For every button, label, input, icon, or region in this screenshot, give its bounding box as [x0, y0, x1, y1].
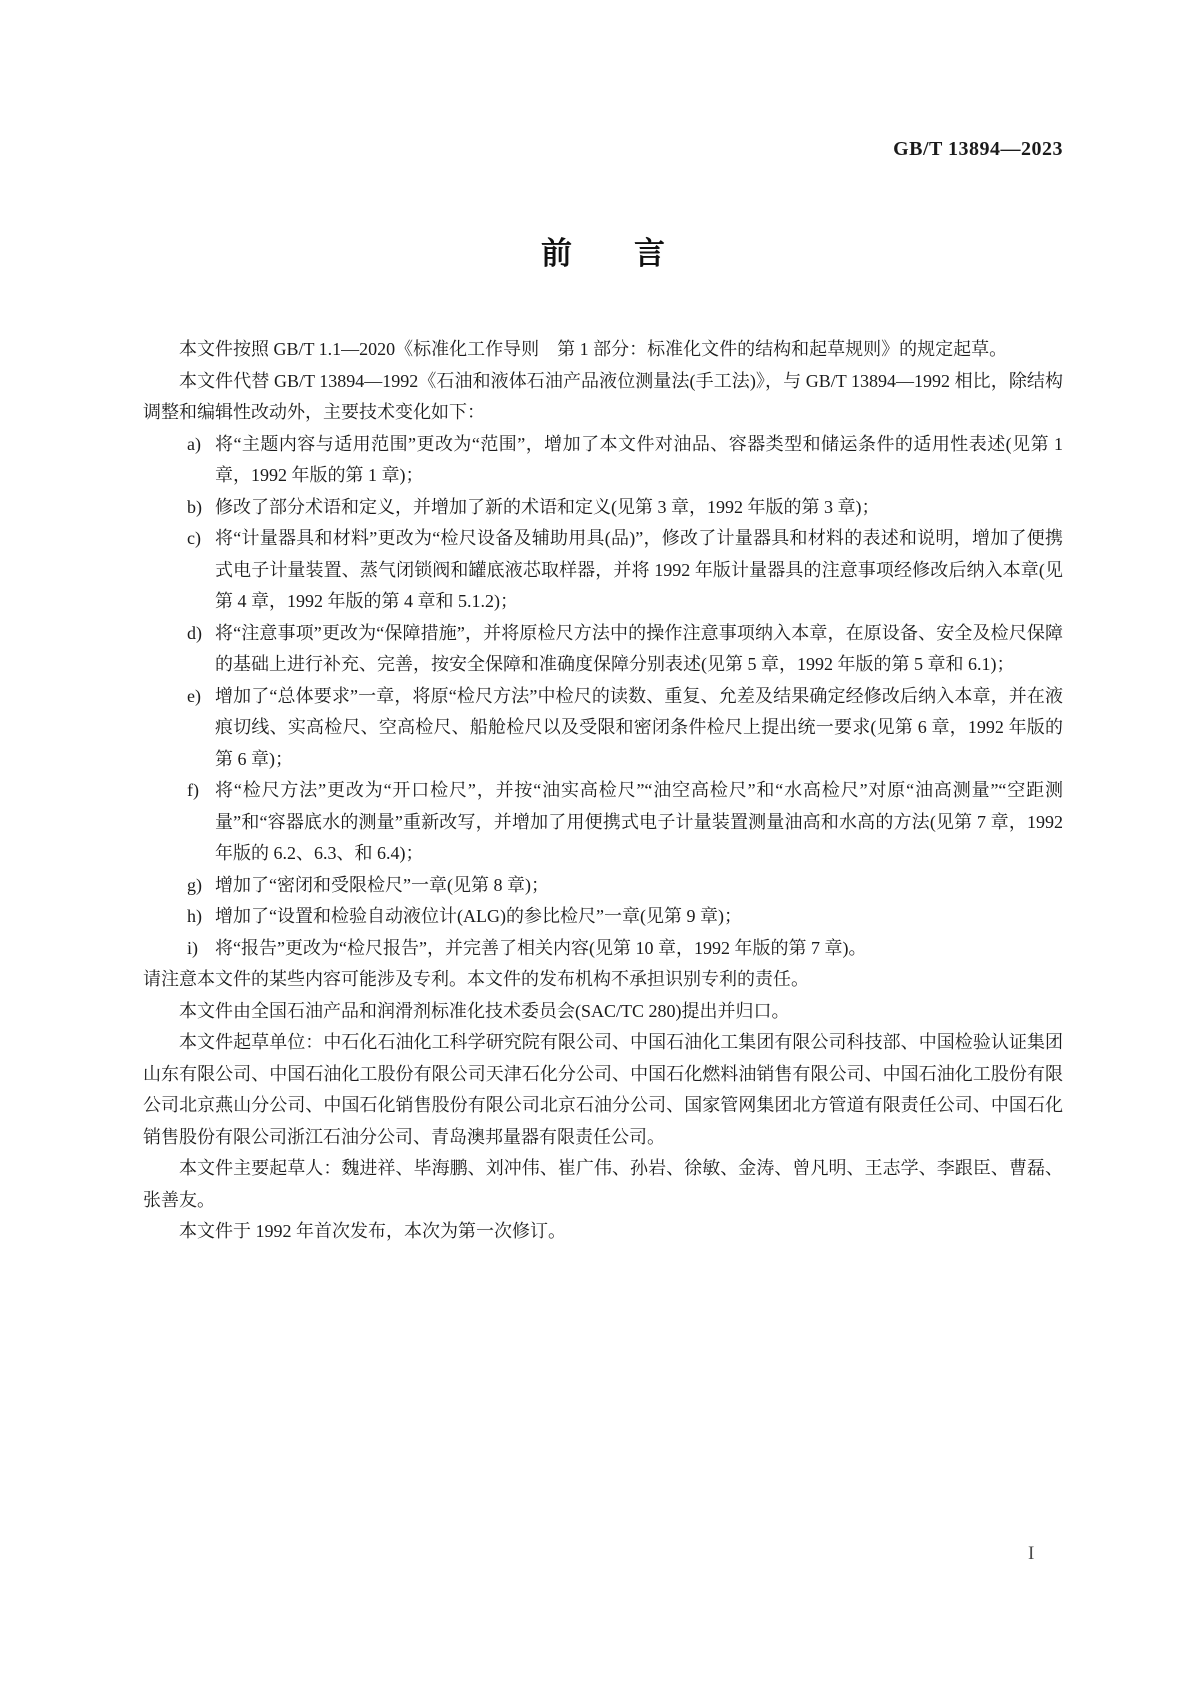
list-item-text: 将“检尺方法”更改为“开口检尺”，并按“油实高检尺”“油空高检尺”和“水高检尺”…	[215, 775, 1063, 870]
foreword-paragraph-patent-notice: 请注意本文件的某些内容可能涉及专利。本文件的发布机构不承担识别专利的责任。	[143, 964, 1063, 996]
list-item-label: a)	[187, 429, 201, 461]
list-item-text: 将“主题内容与适用范围”更改为“范围”，增加了本文件对油品、容器类型和储运条件的…	[215, 429, 1063, 492]
standard-number: GB/T 13894—2023	[893, 138, 1063, 161]
list-item-label: g)	[187, 870, 202, 902]
foreword-paragraph-drafters: 本文件主要起草人：魏进祥、毕海鹏、刘冲伟、崔广伟、孙岩、徐敏、金涛、曾凡明、王志…	[143, 1153, 1063, 1216]
list-item-text: 增加了“密闭和受限检尺”一章(见第 8 章)；	[215, 870, 1063, 902]
foreword-paragraph: 本文件代替 GB/T 13894—1992《石油和液体石油产品液位测量法(手工法…	[143, 366, 1063, 429]
list-item-label: e)	[187, 681, 201, 713]
list-item-label: h)	[187, 901, 202, 933]
list-item-label: d)	[187, 618, 202, 650]
list-item-text: 增加了“设置和检验自动液位计(ALG)的参比检尺”一章(见第 9 章)；	[215, 901, 1063, 933]
change-list-item: e) 增加了“总体要求”一章，将原“检尺方法”中检尺的读数、重复、允差及结果确定…	[143, 681, 1063, 776]
change-list-item: f) 将“检尺方法”更改为“开口检尺”，并按“油实高检尺”“油空高检尺”和“水高…	[143, 775, 1063, 870]
list-item-text: 将“计量器具和材料”更改为“检尺设备及辅助用具(品)”，修改了计量器具和材料的表…	[215, 523, 1063, 618]
list-item-text: 将“注意事项”更改为“保障措施”，并将原检尺方法中的操作注意事项纳入本章，在原设…	[215, 618, 1063, 681]
list-item-text: 将“报告”更改为“检尺报告”，并完善了相关内容(见第 10 章，1992 年版的…	[215, 933, 1063, 965]
list-item-label: c)	[187, 523, 201, 555]
change-list-item: i) 将“报告”更改为“检尺报告”，并完善了相关内容(见第 10 章，1992 …	[143, 933, 1063, 965]
list-item-text: 修改了部分术语和定义，并增加了新的术语和定义(见第 3 章，1992 年版的第 …	[215, 492, 1063, 524]
list-item-label: i)	[187, 933, 198, 965]
foreword-paragraph: 本文件按照 GB/T 1.1—2020《标准化工作导则 第 1 部分：标准化文件…	[143, 334, 1063, 366]
change-list-item: d) 将“注意事项”更改为“保障措施”，并将原检尺方法中的操作注意事项纳入本章，…	[143, 618, 1063, 681]
document-page: GB/T 13894—2023 前 言 本文件按照 GB/T 1.1—2020《…	[0, 0, 1191, 1685]
change-list-item: h) 增加了“设置和检验自动液位计(ALG)的参比检尺”一章(见第 9 章)；	[143, 901, 1063, 933]
change-list-item: c) 将“计量器具和材料”更改为“检尺设备及辅助用具(品)”，修改了计量器具和材…	[143, 523, 1063, 618]
page-number: I	[1028, 1543, 1034, 1565]
page-title: 前 言	[143, 236, 1063, 272]
change-list-item: g) 增加了“密闭和受限检尺”一章(见第 8 章)；	[143, 870, 1063, 902]
foreword-paragraph-committee: 本文件由全国石油产品和润滑剂标准化技术委员会(SAC/TC 280)提出并归口。	[143, 996, 1063, 1028]
foreword-paragraph-revision-history: 本文件于 1992 年首次发布，本次为第一次修订。	[143, 1216, 1063, 1248]
foreword-paragraph-drafting-organizations: 本文件起草单位：中石化石油化工科学研究院有限公司、中国石油化工集团有限公司科技部…	[143, 1027, 1063, 1153]
change-list-item: b) 修改了部分术语和定义，并增加了新的术语和定义(见第 3 章，1992 年版…	[143, 492, 1063, 524]
change-list-item: a) 将“主题内容与适用范围”更改为“范围”，增加了本文件对油品、容器类型和储运…	[143, 429, 1063, 492]
list-item-label: f)	[187, 775, 199, 807]
list-item-label: b)	[187, 492, 202, 524]
foreword-body: 本文件按照 GB/T 1.1—2020《标准化工作导则 第 1 部分：标准化文件…	[143, 334, 1063, 1248]
list-item-text: 增加了“总体要求”一章，将原“检尺方法”中检尺的读数、重复、允差及结果确定经修改…	[215, 681, 1063, 776]
